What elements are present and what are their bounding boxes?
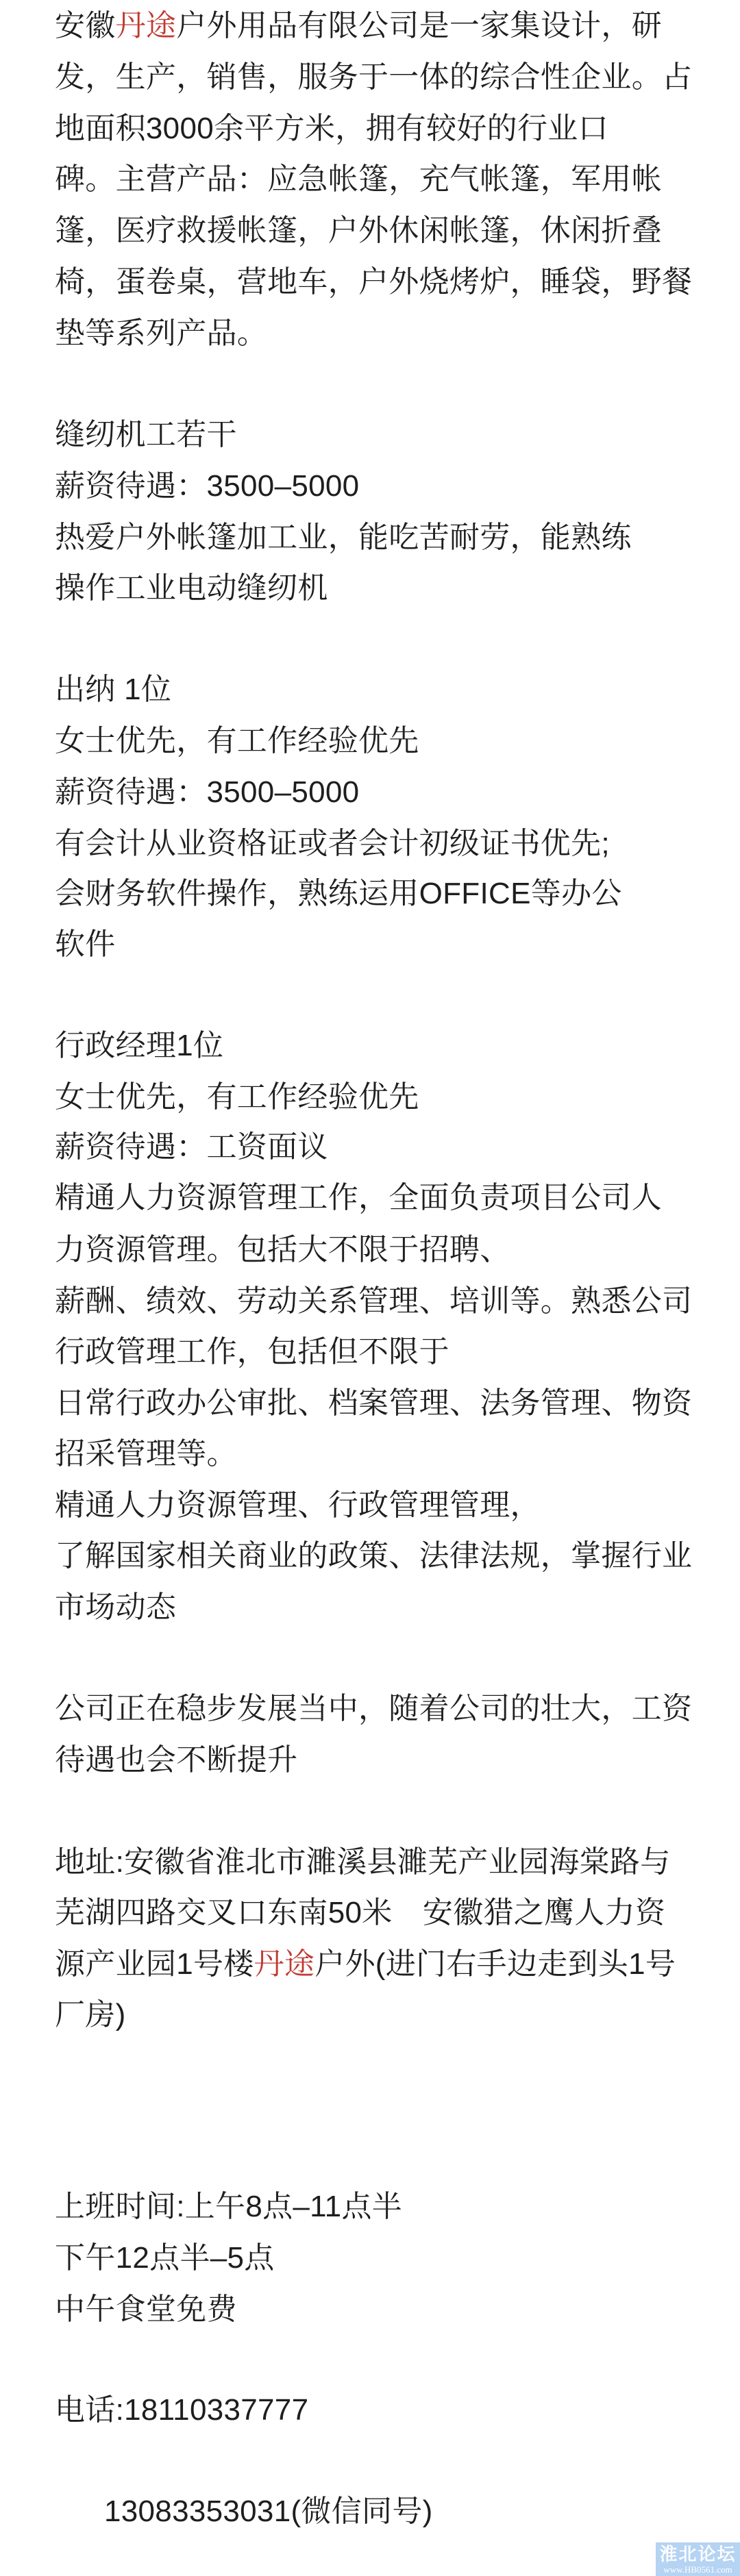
text-line: 薪酬、绩效、劳动关系管理、培训等。熟悉公司 xyxy=(55,1285,692,1318)
text-segment: 行政管理工作，包括但不限于 xyxy=(55,1335,449,1368)
text-line: 碑。主营产品：应急帐篷，充气帐篷，军用帐 xyxy=(55,163,662,196)
text-line: 了解国家相关商业的政策、法律法规，掌握行业 xyxy=(55,1540,692,1573)
text-line: 行政管理工作，包括但不限于 xyxy=(55,1336,449,1368)
text-line: 缝纫机工若干 xyxy=(55,418,237,451)
text-segment: 碑。主营产品：应急帐篷，充气帐篷，军用帐 xyxy=(55,162,662,196)
text-line: 垫等系列产品。 xyxy=(55,317,267,350)
text-segment: 热爱户外帐篷加工业，能吃苦耐劳，能熟练 xyxy=(55,521,632,554)
text-line: 女士优先，有工作经验优先 xyxy=(55,725,419,758)
text-line: 操作工业电动缝纫机 xyxy=(55,572,328,605)
text-segment: 安徽 xyxy=(55,9,116,42)
text-segment: 地面积3000余平方米，拥有较好的行业口 xyxy=(55,112,608,145)
brand-name-highlight: 丹途 xyxy=(116,9,177,42)
text-segment: 13083353031(微信同号) xyxy=(104,2494,433,2528)
text-line: 精通人力资源管理工作，全面负责项目公司人 xyxy=(55,1181,662,1214)
text-segment: 有会计从业资格证或者会计初级证书优先; xyxy=(55,827,610,860)
brand-name-highlight: 丹途 xyxy=(254,1947,315,1981)
text-segment: 市场动态 xyxy=(55,1590,176,1624)
text-segment: 日常行政办公审批、档案管理、法务管理、物资 xyxy=(55,1386,692,1420)
text-line: 源产业园1号楼丹途户外(进门右手边走到头1号 xyxy=(55,1948,676,1981)
text-line: 13083353031(微信同号) xyxy=(104,2495,433,2528)
text-line: 行政经理1位 xyxy=(55,1029,223,1062)
text-segment: 源产业园1号楼 xyxy=(55,1947,254,1981)
text-segment: 公司正在稳步发展当中，随着公司的壮大，工资 xyxy=(55,1692,692,1725)
text-segment: 招采管理等。 xyxy=(55,1437,237,1471)
text-segment: 芜湖四路交叉口东南50米 安徽猎之鹰人力资 xyxy=(55,1896,665,1929)
text-line: 下午12点半–5点 xyxy=(55,2242,275,2275)
text-segment: 行政经理1位 xyxy=(55,1029,223,1062)
text-segment: 缝纫机工若干 xyxy=(55,418,237,451)
text-segment: 软件 xyxy=(55,927,116,961)
text-segment: 操作工业电动缝纫机 xyxy=(55,571,328,605)
text-segment: 会财务软件操作，熟练运用OFFICE等办公 xyxy=(55,877,622,910)
text-segment: 薪资待遇：工资面议 xyxy=(55,1130,328,1164)
text-line: 日常行政办公审批、档案管理、法务管理、物资 xyxy=(55,1387,692,1420)
text-line: 出纳 1位 xyxy=(55,673,171,706)
text-segment: 篷，医疗救援帐篷，户外休闲帐篷，休闲折叠 xyxy=(55,214,662,247)
text-line: 芜湖四路交叉口东南50米 安徽猎之鹰人力资 xyxy=(55,1897,665,1929)
text-segment: 下午12点半–5点 xyxy=(55,2241,275,2275)
text-segment: 垫等系列产品。 xyxy=(55,316,267,350)
text-line: 上班时间:上午8点–11点半 xyxy=(55,2190,402,2223)
text-segment: 薪资待遇：3500–5000 xyxy=(55,469,359,503)
text-line: 软件 xyxy=(55,928,116,961)
text-segment: 薪酬、绩效、劳动关系管理、培训等。熟悉公司 xyxy=(55,1284,692,1318)
text-line: 电话:18110337777 xyxy=(55,2394,308,2427)
text-line: 发，生产，销售，服务于一体的综合性企业。占 xyxy=(55,61,692,94)
text-segment: 地址:安徽省淮北市濉溪县濉芜产业园海棠路与 xyxy=(55,1845,671,1879)
text-segment: 精通人力资源管理工作，全面负责项目公司人 xyxy=(55,1181,662,1214)
text-segment: 户外用品有限公司是一家集设计，研 xyxy=(176,9,662,42)
text-line: 精通人力资源管理、行政管理管理， xyxy=(55,1489,541,1522)
text-segment: 上班时间:上午8点–11点半 xyxy=(55,2190,402,2223)
text-segment: 中午食堂免费 xyxy=(55,2292,237,2326)
text-line: 薪资待遇：3500–5000 xyxy=(55,776,359,809)
text-segment: 精通人力资源管理、行政管理管理， xyxy=(55,1488,541,1522)
job-post-document: 安徽丹途户外用品有限公司是一家集设计，研发，生产，销售，服务于一体的综合性企业。… xyxy=(0,0,740,2576)
text-line: 市场动态 xyxy=(55,1591,176,1624)
text-line: 椅，蛋卷桌，营地车，户外烧烤炉，睡袋，野餐 xyxy=(55,266,692,299)
text-line: 女士优先，有工作经验优先 xyxy=(55,1081,419,1114)
text-segment: 力资源管理。包括大不限于招聘、 xyxy=(55,1233,510,1266)
text-line: 力资源管理。包括大不限于招聘、 xyxy=(55,1234,510,1266)
text-line: 薪资待遇：工资面议 xyxy=(55,1131,328,1164)
text-line: 薪资待遇：3500–5000 xyxy=(55,470,359,503)
text-segment: 女士优先，有工作经验优先 xyxy=(55,724,419,758)
text-line: 会财务软件操作，熟练运用OFFICE等办公 xyxy=(55,877,622,910)
watermark-site-name: 淮北论坛 xyxy=(659,2544,736,2564)
text-segment: 发，生产，销售，服务于一体的综合性企业。占 xyxy=(55,60,692,94)
text-segment: 了解国家相关商业的政策、法律法规，掌握行业 xyxy=(55,1539,692,1573)
text-line: 待遇也会不断提升 xyxy=(55,1744,297,1777)
text-segment: 电话:18110337777 xyxy=(55,2393,308,2427)
text-line: 篷，医疗救援帐篷，户外休闲帐篷，休闲折叠 xyxy=(55,214,662,247)
document-body: 安徽丹途户外用品有限公司是一家集设计，研发，生产，销售，服务于一体的综合性企业。… xyxy=(0,0,740,2576)
text-line: 公司正在稳步发展当中，随着公司的壮大，工资 xyxy=(55,1692,692,1725)
text-line: 厂房) xyxy=(55,1999,126,2031)
text-segment: 薪资待遇：3500–5000 xyxy=(55,775,359,809)
text-line: 地址:安徽省淮北市濉溪县濉芜产业园海棠路与 xyxy=(55,1846,671,1879)
watermark-site-url: www.HB0561.com xyxy=(663,2564,732,2575)
text-line: 招采管理等。 xyxy=(55,1438,237,1471)
text-segment: 女士优先，有工作经验优先 xyxy=(55,1080,419,1114)
text-line: 热爱户外帐篷加工业，能吃苦耐劳，能熟练 xyxy=(55,521,632,554)
text-line: 地面积3000余平方米，拥有较好的行业口 xyxy=(55,112,608,145)
text-segment: 椅，蛋卷桌，营地车，户外烧烤炉，睡袋，野餐 xyxy=(55,265,692,299)
text-line: 有会计从业资格证或者会计初级证书优先; xyxy=(55,827,610,860)
text-segment: 厂房) xyxy=(55,1998,126,2031)
text-segment: 待遇也会不断提升 xyxy=(55,1743,297,1777)
text-segment: 户外(进门右手边走到头1号 xyxy=(314,1947,676,1981)
watermark-block: 淮北论坛 www.HB0561.com xyxy=(656,2542,740,2576)
text-segment: 出纳 1位 xyxy=(55,673,171,706)
text-line: 安徽丹途户外用品有限公司是一家集设计，研 xyxy=(55,10,662,42)
text-line: 中午食堂免费 xyxy=(55,2293,237,2326)
